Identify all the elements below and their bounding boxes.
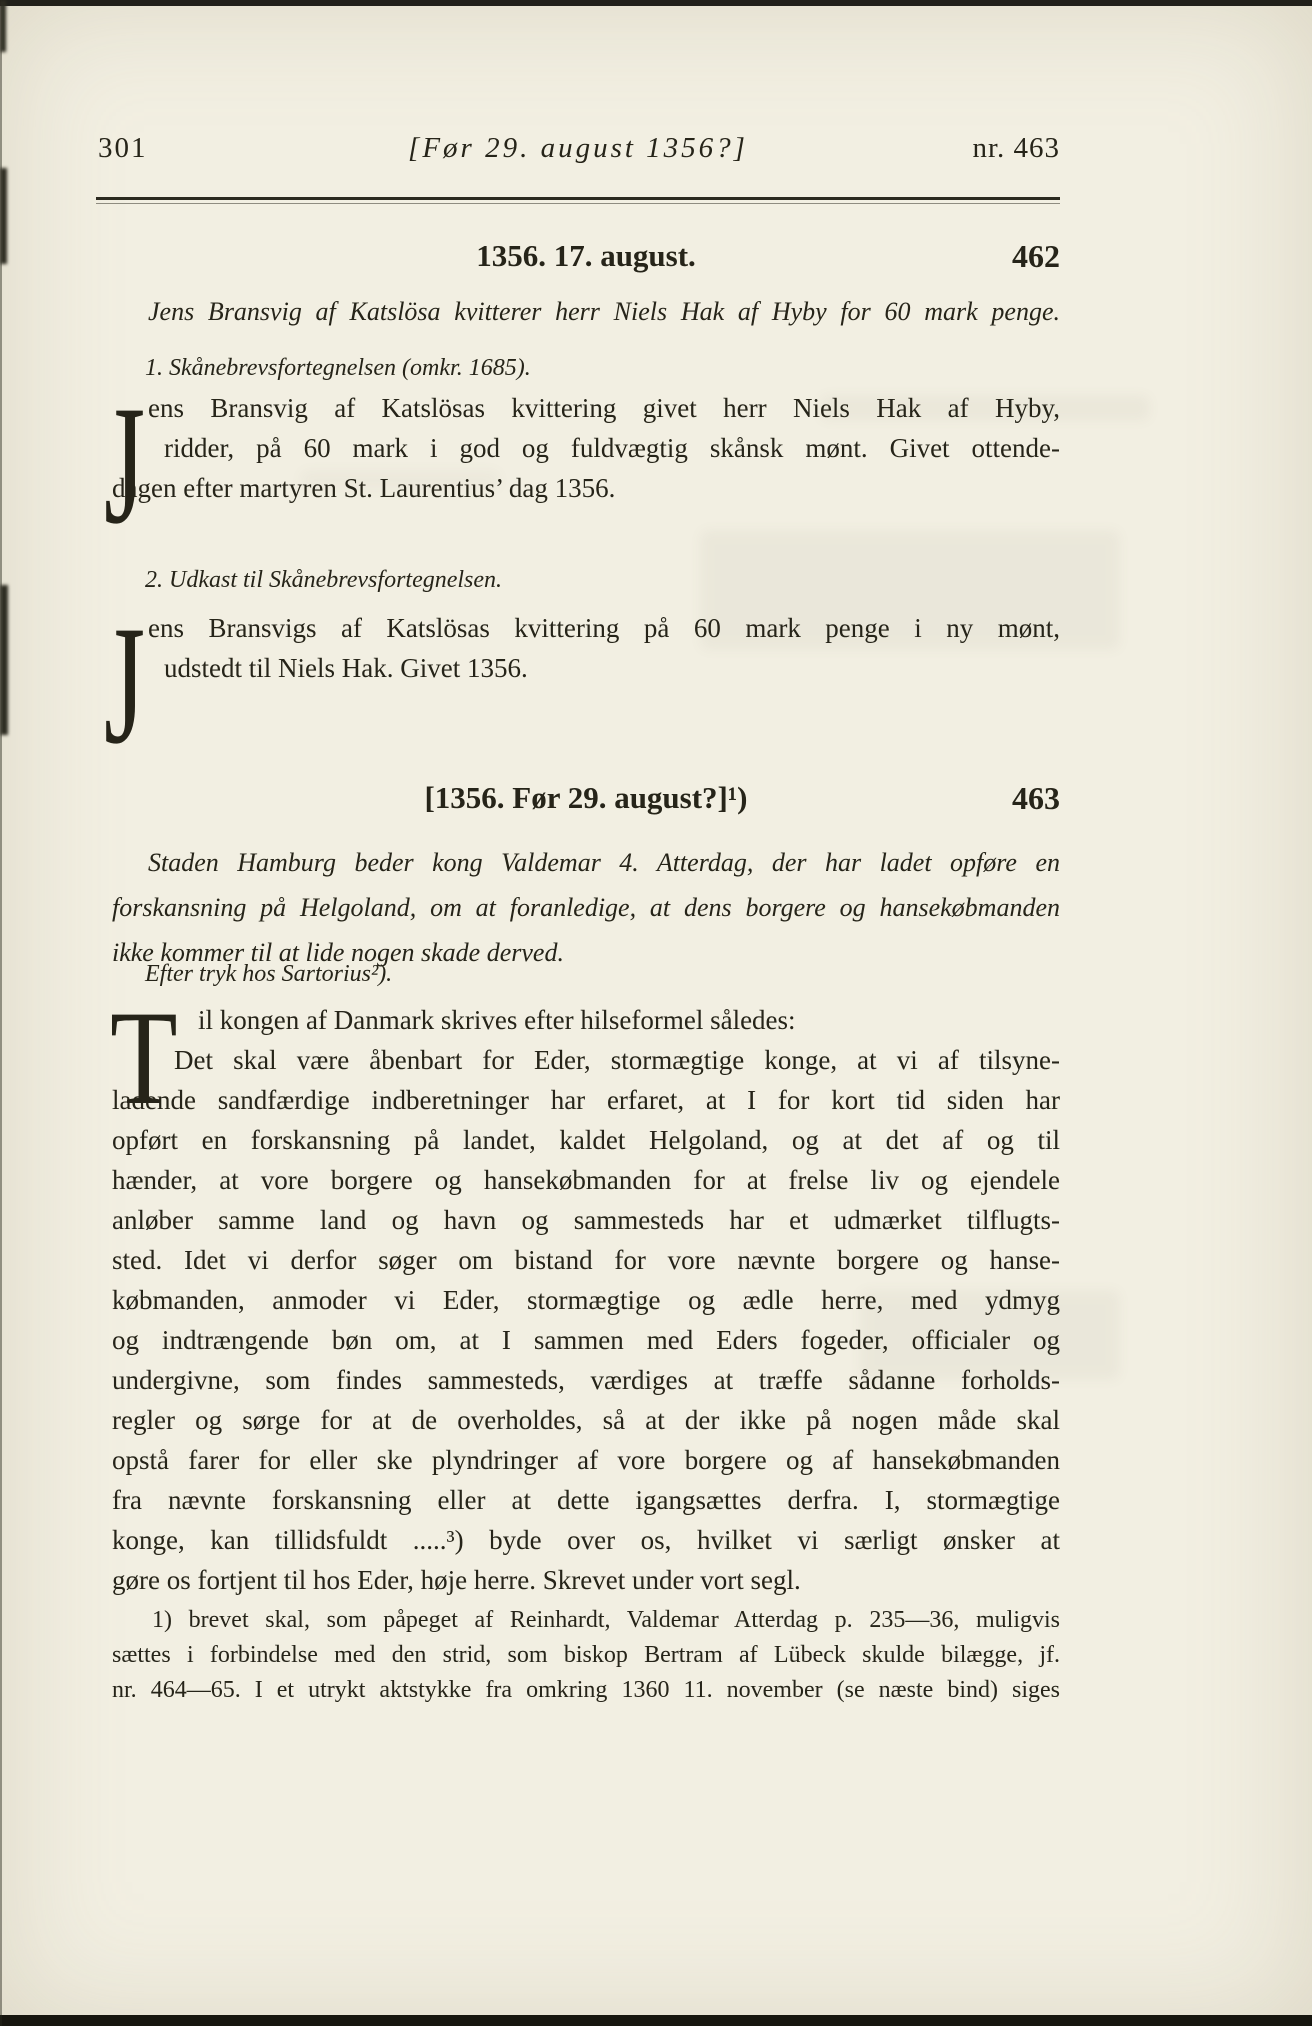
- drop-cap-initial: T: [110, 991, 178, 1126]
- running-head: 301 [Før 29. august 1356?] nr. 463: [96, 128, 1060, 172]
- text-line: ladende sandfærdige indberetninger har e…: [112, 1080, 1060, 1120]
- text-line: fra nævnte forskansning eller at dette i…: [112, 1480, 1060, 1520]
- entry-462-summary: Jens Bransvig af Katslösa kvitterer herr…: [112, 290, 1060, 334]
- entry-462-text-2: J ens Bransvigs af Katslösas kvittering …: [112, 608, 1060, 688]
- entry-462-source-1: 1. Skånebrevsfortegnelsen (omkr. 1685).: [112, 350, 1093, 386]
- running-head-entry-number: nr. 463: [972, 128, 1060, 168]
- text-line: konge, kan tillidsfuldt .....³) byde ove…: [112, 1520, 1060, 1560]
- footnote-line: 1) brevet skal, som påpeget af Reinhardt…: [112, 1603, 1060, 1638]
- scan-smudge: [0, 585, 8, 735]
- scanned-book-page: 301 [Før 29. august 1356?] nr. 463 1356.…: [0, 0, 1312, 2026]
- entry-463-heading-row: [1356. Før 29. august?]¹) 463: [112, 778, 1060, 818]
- drop-cap-initial: J: [104, 600, 145, 770]
- entry-463-text: T il kongen af Danmark skrives efter hil…: [112, 1000, 1060, 1600]
- summary-line: Jens Bransvig af Katslösa kvitterer herr…: [112, 290, 1060, 334]
- summary-line: Staden Hamburg beder kong Valdemar 4. At…: [112, 840, 1060, 885]
- text-line: købmanden, anmoder vi Eder, stormægtige …: [112, 1280, 1060, 1320]
- entry-463-number: 463: [1012, 778, 1060, 818]
- text-line: Det skal være åbenbart for Eder, stormæg…: [112, 1040, 1060, 1080]
- text-line: hænder, at vore borgere og hansekøbmande…: [112, 1160, 1060, 1200]
- scan-edge-top: [0, 0, 1312, 6]
- text-line: dagen efter martyren St. Laurentius’ dag…: [112, 468, 1060, 508]
- entry-462-heading-row: 1356. 17. august. 462: [112, 236, 1060, 276]
- entry-462-date-heading: 1356. 17. august.: [476, 238, 696, 273]
- text-line: undergivne, som findes sammesteds, værdi…: [112, 1360, 1060, 1400]
- footnote-block: 1) brevet skal, som påpeget af Reinhardt…: [112, 1603, 1060, 1708]
- footnote-line: sættes i forbindelse med den strid, som …: [112, 1638, 1060, 1673]
- text-line: regler og sørge for at de overholdes, så…: [112, 1400, 1060, 1440]
- entry-463-date-heading: [1356. Før 29. august?]¹): [424, 780, 747, 815]
- running-head-date: [Før 29. august 1356?]: [96, 128, 1060, 168]
- text-line: ridder, på 60 mark i god og fuldvægtig s…: [112, 428, 1060, 468]
- entry-462-text-1: J ens Bransvig af Katslösas kvittering g…: [112, 388, 1060, 508]
- footnote-line: nr. 464—65. I et utrykt aktstykke fra om…: [112, 1673, 1060, 1708]
- text-line: gøre os fortjent til hos Eder, høje herr…: [112, 1560, 1060, 1600]
- text-line: udstedt til Niels Hak. Givet 1356.: [112, 648, 1060, 688]
- summary-line: forskansning på Helgoland, om at foranle…: [112, 885, 1060, 930]
- entry-462-source-2: 2. Udkast til Skånebrevsfortegnelsen.: [112, 562, 1093, 598]
- scan-smudge: [0, 0, 6, 52]
- scan-edge-bottom: [0, 2015, 1312, 2026]
- text-line: opstå farer for eller ske plyndringer af…: [112, 1440, 1060, 1480]
- text-line: og indtrængende bøn om, at I sammen med …: [112, 1320, 1060, 1360]
- text-line: sted. Idet vi derfor søger om bistand fo…: [112, 1240, 1060, 1280]
- text-line: ens Bransvigs af Katslösas kvittering på…: [112, 608, 1060, 648]
- entry-462-number: 462: [1012, 236, 1060, 276]
- scan-edge-left: [0, 0, 2, 2026]
- drop-cap-initial: J: [104, 380, 145, 550]
- entry-463-source: Efter tryk hos Sartorius²).: [112, 956, 1093, 992]
- text-line: ens Bransvig af Katslösas kvittering giv…: [112, 388, 1060, 428]
- text-line: opført en forskansning på landet, kaldet…: [112, 1120, 1060, 1160]
- text-line: il kongen af Danmark skrives efter hilse…: [112, 1000, 1060, 1040]
- scan-smudge: [0, 168, 7, 264]
- header-rule: [96, 197, 1060, 200]
- entry-463-summary: Staden Hamburg beder kong Valdemar 4. At…: [112, 840, 1060, 975]
- text-line: anløber samme land og havn og sammesteds…: [112, 1200, 1060, 1240]
